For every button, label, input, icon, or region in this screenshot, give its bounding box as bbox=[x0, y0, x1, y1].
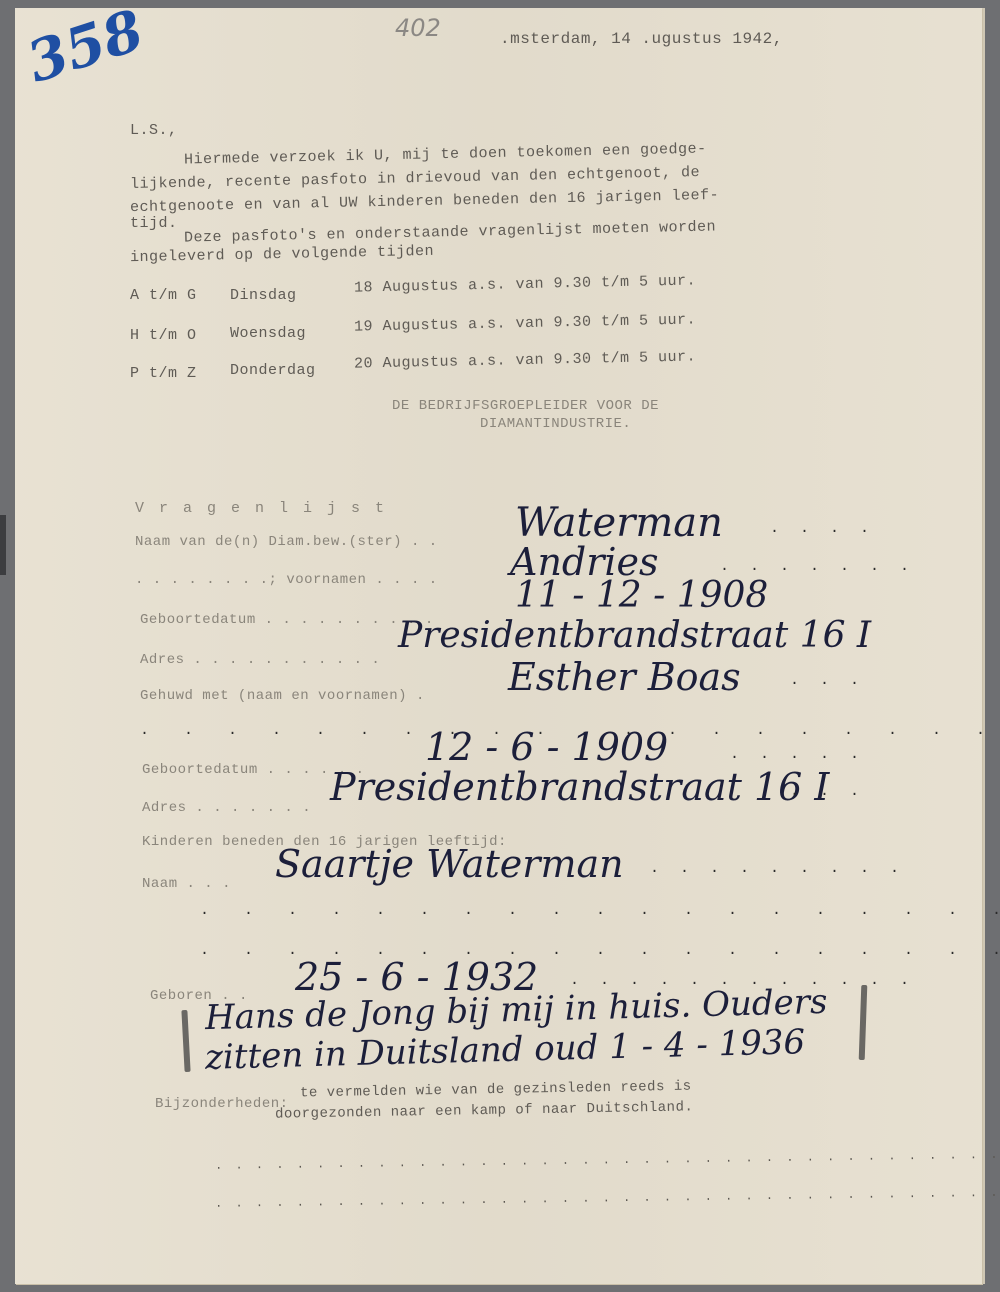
page-edge-tab bbox=[0, 515, 6, 575]
married-label: Gehuwd met (naam en voornamen) . bbox=[140, 688, 425, 704]
form-title: V r a g e n l i j s t bbox=[135, 500, 387, 517]
child-name-label: Naam . . . bbox=[142, 876, 231, 892]
firstnames-label: . . . . . . . .; voornamen . . . . bbox=[135, 572, 438, 588]
dot-leader: . . . bbox=[790, 783, 865, 800]
surname-label: Naam van de(n) Diam.bew.(ster) . . bbox=[135, 534, 438, 550]
address-value: Presidentbrandstraat 16 I bbox=[398, 615, 871, 656]
schedule-row-3-day: Donderdag bbox=[230, 362, 316, 379]
schedule-row-2-day: Woensdag bbox=[230, 325, 306, 342]
paragraph1-line4: tijd. bbox=[130, 215, 178, 232]
child-name-value: Saartje Waterman bbox=[275, 842, 624, 886]
schedule-row-1-day: Dinsdag bbox=[230, 287, 297, 304]
birthdate-label: Geboortedatum . . . . . . . . . . bbox=[140, 612, 434, 628]
dot-leader: . . . . . bbox=[730, 746, 865, 763]
schedule-row-2-range: H t/m O bbox=[130, 327, 197, 344]
schedule-row-1-range: A t/m G bbox=[130, 287, 197, 304]
blank-dot-line: . . . . . . . . . . . . . . . . . . . . … bbox=[200, 902, 1000, 919]
salutation: L.S., bbox=[130, 122, 178, 139]
spouse-address-label: Adres . . . . . . . bbox=[142, 800, 311, 816]
schedule-row-3-range: P t/m Z bbox=[130, 365, 197, 382]
address-label: Adres . . . . . . . . . . . bbox=[140, 652, 380, 668]
birthdate-value: 11 - 12 - 1908 bbox=[515, 575, 768, 616]
spouse-birthdate-value: 12 - 6 - 1909 bbox=[425, 725, 668, 769]
dot-leader: . . . bbox=[790, 672, 865, 689]
dot-leader: . . . . bbox=[770, 520, 875, 537]
dot-leader: . . . . . . . bbox=[720, 558, 915, 575]
spouse-address-value: Presidentbrandstraat 16 I bbox=[330, 765, 829, 809]
dot-leader: . . . . . . . . . bbox=[650, 860, 905, 877]
place-date: .msterdam, 14 .ugustus 1942, bbox=[500, 30, 783, 48]
signature-line-1: DE BEDRIJFSGROEPLEIDER VOOR DE bbox=[392, 398, 659, 414]
pencil-page-number: 402 bbox=[395, 14, 441, 42]
particulars-label: Bijzonderheden: bbox=[155, 1096, 289, 1112]
married-value: Esther Boas bbox=[508, 655, 741, 699]
signature-line-2: DIAMANTINDUSTRIE. bbox=[480, 416, 631, 432]
